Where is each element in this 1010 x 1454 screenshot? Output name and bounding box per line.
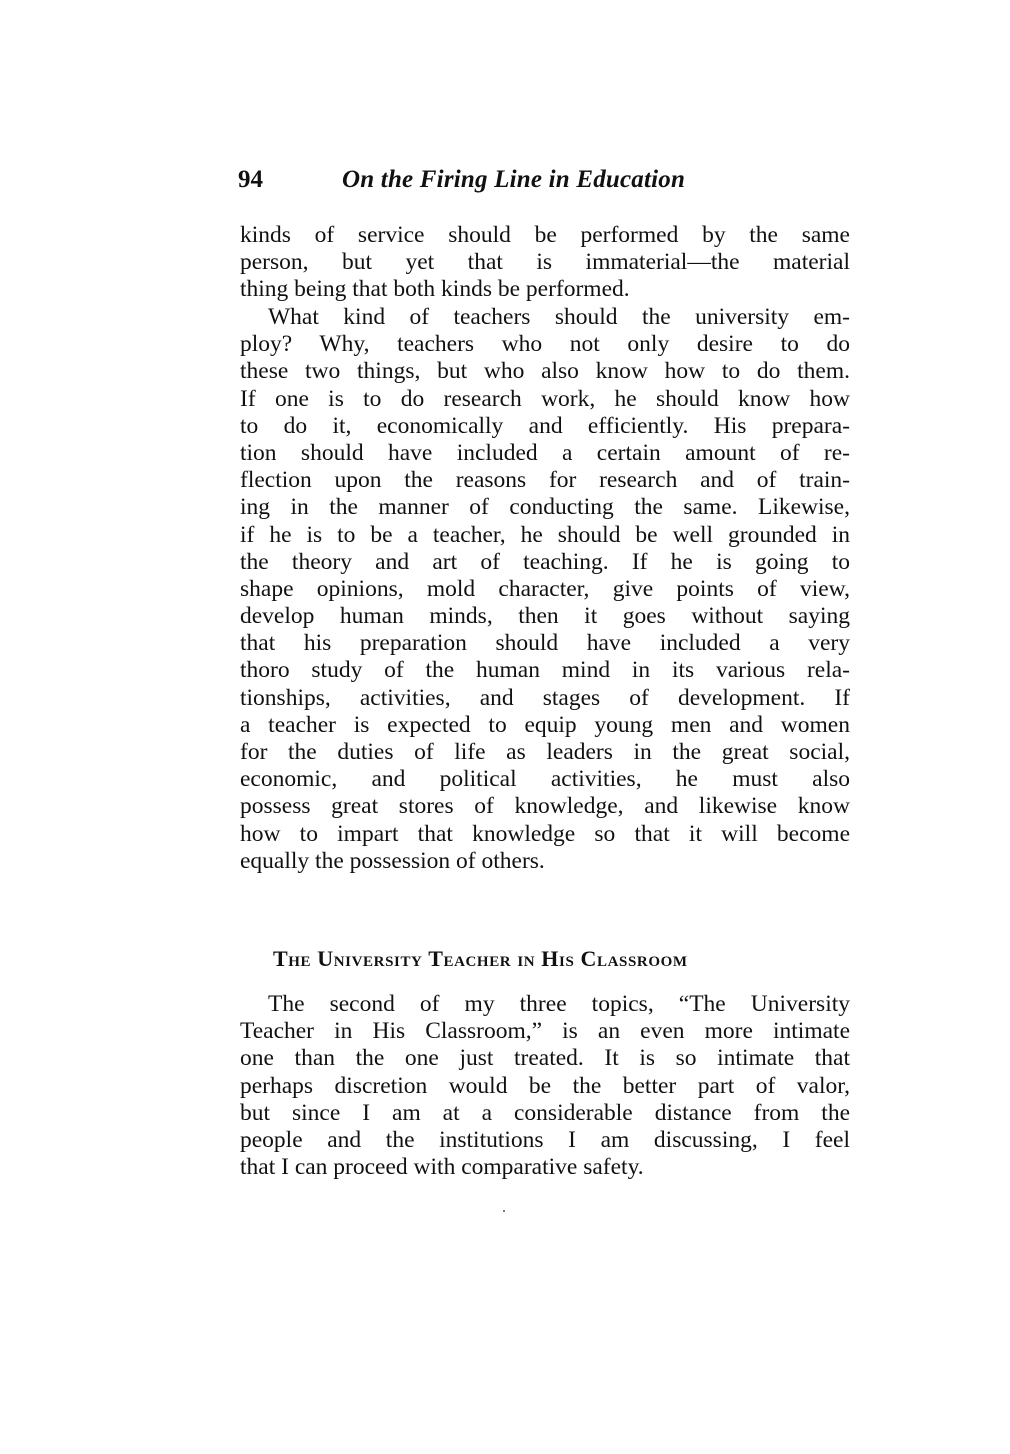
text-line: perhaps discretion would be the better p… xyxy=(240,1073,850,1100)
text-line: to do it, economically and efficiently. … xyxy=(240,413,850,440)
text-line: people and the institutions I am discuss… xyxy=(240,1127,850,1154)
text-line: What kind of teachers should the univers… xyxy=(240,304,850,331)
text-line: thoro study of the human mind in its var… xyxy=(240,657,850,684)
text-line: ploy? Why, teachers who not only desire … xyxy=(240,331,850,358)
text-line: kinds of service should be performed by … xyxy=(240,222,850,249)
text-line: equally the possession of others. xyxy=(240,848,850,875)
text-line: if he is to be a teacher, he should be w… xyxy=(240,522,850,549)
text-line: how to impart that knowledge so that it … xyxy=(240,821,850,848)
text-line: the theory and art of teaching. If he is… xyxy=(240,549,850,576)
text-line: possess great stores of knowledge, and l… xyxy=(240,793,850,820)
text-line: flection upon the reasons for research a… xyxy=(240,467,850,494)
text-line: Teacher in His Classroom,” is an even mo… xyxy=(240,1018,850,1045)
text-line: shape opinions, mold character, give poi… xyxy=(240,576,850,603)
text-line: that I can proceed with comparative safe… xyxy=(240,1154,850,1181)
text-line: person, but yet that is immaterial—the m… xyxy=(240,249,850,276)
text-line: thing being that both kinds be performed… xyxy=(240,276,850,303)
text-line: If one is to do research work, he should… xyxy=(240,386,850,413)
text-line: one than the one just treated. It is so … xyxy=(240,1045,850,1072)
book-page: 94 On the Firing Line in Education kinds… xyxy=(0,0,1010,1454)
running-title: On the Firing Line in Education xyxy=(342,166,685,194)
text-line: tion should have included a certain amou… xyxy=(240,440,850,467)
scan-speck xyxy=(503,1210,505,1212)
text-line: these two things, but who also know how … xyxy=(240,358,850,385)
text-line: economic, and political activities, he m… xyxy=(240,766,850,793)
paragraph-classroom: The second of my three topics, “The Univ… xyxy=(240,991,850,1181)
text-line: The second of my three topics, “The Univ… xyxy=(240,991,850,1018)
text-line: a teacher is expected to equip young men… xyxy=(240,712,850,739)
section-heading: The University Teacher in His Classroom xyxy=(273,946,833,972)
paragraph-continued: kinds of service should be performed by … xyxy=(240,222,850,304)
page-number: 94 xyxy=(238,166,263,194)
text-line: but since I am at a considerable distanc… xyxy=(240,1100,850,1127)
text-line: that his preparation should have include… xyxy=(240,630,850,657)
text-line: ing in the manner of conducting the same… xyxy=(240,494,850,521)
paragraph-teachers: What kind of teachers should the univers… xyxy=(240,304,850,875)
text-line: tionships, activities, and stages of dev… xyxy=(240,685,850,712)
page-header: 94 On the Firing Line in Education xyxy=(238,166,850,196)
text-line: develop human minds, then it goes withou… xyxy=(240,603,850,630)
text-line: for the duties of life as leaders in the… xyxy=(240,739,850,766)
